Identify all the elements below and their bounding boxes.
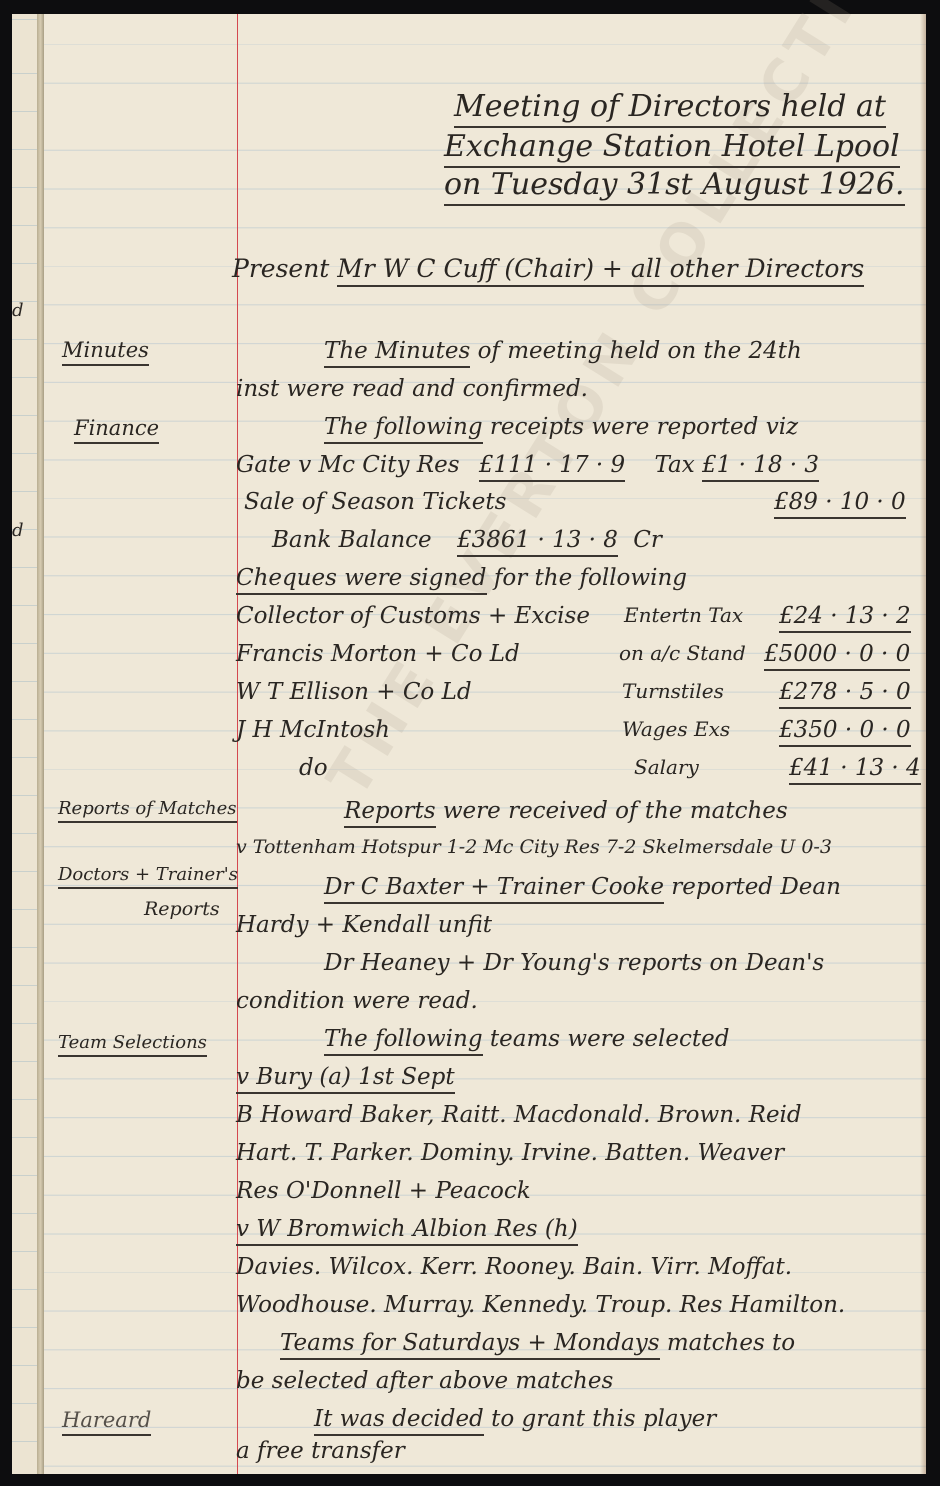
cheque-payee: W T Ellison + Co Ld <box>236 681 472 704</box>
cheque-amount: £278 · 5 · 0 <box>779 681 911 704</box>
cheque-purpose: Turnstiles <box>622 681 724 701</box>
book-gutter <box>37 14 44 1474</box>
cheque-amount: £24 · 13 · 2 <box>779 605 911 628</box>
margin-note-reports: Reports <box>144 900 220 919</box>
heading-line-3: on Tuesday 31st August 1926. <box>444 170 905 200</box>
margin-note-finance: Finance <box>74 418 159 439</box>
margin-note-hareard: Hareard <box>62 1410 151 1431</box>
minute-book-page: THE EVERTON COLLECTION · HERITAGE TRUST … <box>44 14 926 1474</box>
cheque-payee: J H McIntosh <box>236 719 390 742</box>
match-reports-line-1: Reports were received of the matches <box>344 800 788 823</box>
minutes-line-2: inst were read and confirmed. <box>236 378 588 401</box>
stub-fragment: d <box>12 520 24 541</box>
season-tickets-row: Sale of Season Tickets <box>244 491 506 514</box>
later-teams-line-1: Teams for Saturdays + Mondays matches to <box>280 1332 795 1355</box>
stub-fragment: d <box>12 300 24 321</box>
cheque-payee: Francis Morton + Co Ld <box>236 643 520 666</box>
cheque-amount: £350 · 0 · 0 <box>779 719 911 742</box>
doctors-reports-line-2: Hardy + Kendall unfit <box>236 914 492 937</box>
present-line: Present Mr W C Cuff (Chair) + all other … <box>232 256 864 281</box>
season-tickets-amount: £89 · 10 · 0 <box>774 491 906 514</box>
cheques-intro: Cheques were signed for the following <box>236 567 687 590</box>
match-1-team-line-1: B Howard Baker, Raitt. Macdonald. Brown.… <box>236 1104 802 1127</box>
cheque-purpose: Salary <box>634 757 699 777</box>
gate-receipt-row: Gate v Mc City Res £111 · 17 · 9 Tax £1 … <box>236 454 916 477</box>
page-edge-shadow <box>920 14 926 1474</box>
hareard-line-1: It was decided to grant this player <box>314 1408 716 1431</box>
match-1-title: v Bury (a) 1st Sept <box>236 1066 455 1089</box>
cheque-purpose: Entertn Tax <box>624 605 743 625</box>
match-2-title: v W Bromwich Albion Res (h) <box>236 1218 578 1241</box>
cheque-amount: £5000 · 0 · 0 <box>764 643 910 666</box>
cheque-purpose: Wages Exs <box>622 719 730 739</box>
match-1-team-line-2: Hart. T. Parker. Dominy. Irvine. Batten.… <box>236 1142 784 1165</box>
minutes-line-1: The Minutes of meeting held on the 24th <box>324 340 802 363</box>
later-teams-line-2: be selected after above matches <box>236 1370 613 1393</box>
match-2-team-line-1: Davies. Wilcox. Kerr. Rooney. Bain. Virr… <box>236 1256 792 1279</box>
heading-line-2: Exchange Station Hotel Lpool <box>444 132 900 162</box>
facing-page-stub <box>12 14 38 1474</box>
cheque-amount: £41 · 13 · 4 <box>789 757 921 780</box>
margin-note-reports-of-matches: Reports of Matches <box>58 800 237 818</box>
team-selections-intro: The following teams were selected <box>324 1028 729 1051</box>
doctors-reports-line-1: Dr C Baxter + Trainer Cooke reported Dea… <box>324 876 841 899</box>
cheque-payee: Collector of Customs + Excise <box>236 605 590 628</box>
hareard-line-2: a free transfer <box>236 1440 405 1463</box>
doctors-reports-line-4: condition were read. <box>236 990 478 1013</box>
receipts-intro: The following receipts were reported viz <box>324 416 798 439</box>
match-1-reserves: Res O'Donnell + Peacock <box>236 1180 531 1203</box>
cheque-purpose: on a/c Stand <box>619 643 746 663</box>
margin-note-team-selections: Team Selections <box>58 1034 207 1052</box>
match-reports-line-2: v Tottenham Hotspur 1-2 Mc City Res 7-2 … <box>236 838 832 857</box>
bank-balance-row: Bank Balance £3861 · 13 · 8 Cr <box>272 529 662 552</box>
cheque-payee: do <box>299 757 328 780</box>
margin-note-minutes: Minutes <box>62 340 149 361</box>
heading-line-1: Meeting of Directors held at <box>454 92 886 122</box>
doctors-reports-line-3: Dr Heaney + Dr Young's reports on Dean's <box>324 952 824 975</box>
margin-note-doctors-trainers: Doctors + Trainer's <box>58 866 238 884</box>
match-2-team-line-2: Woodhouse. Murray. Kennedy. Troup. Res H… <box>236 1294 845 1317</box>
